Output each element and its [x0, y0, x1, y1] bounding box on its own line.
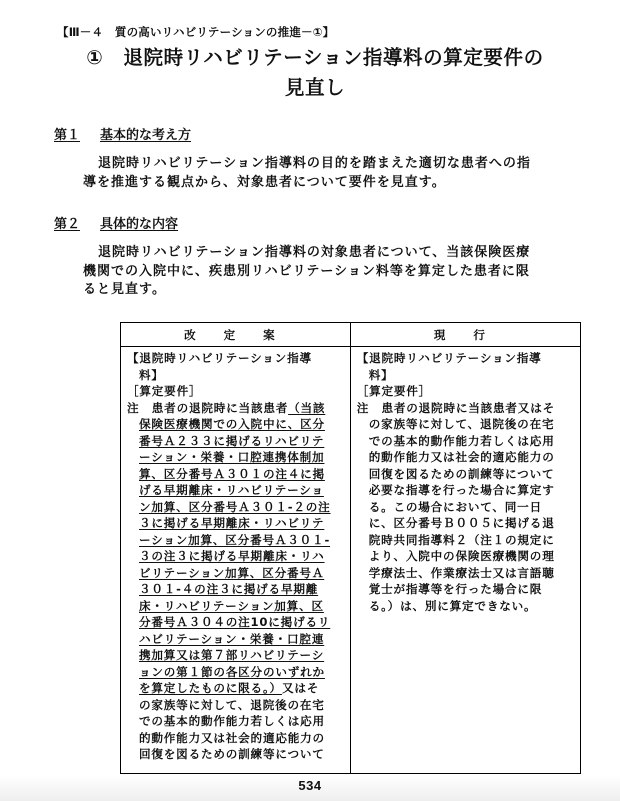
section-2-heading: 第２具体的な内容	[54, 213, 178, 232]
title-line-1: 退院時リハビリテーション指導料の算定要件の	[123, 46, 543, 69]
current-note-line: 的動作能力又は社会的適応能力の	[357, 449, 580, 466]
section-2-number: 第２	[54, 217, 80, 232]
current-note-line: に、区分番号Ｂ００５に掲げる退	[357, 515, 580, 532]
revised-underlined-text: （当該	[288, 401, 325, 415]
revised-underlined-line: げる早期離床・リハビリテーショ	[127, 482, 350, 499]
revised-note-line: 注 患者の退院時に当該患者（当該	[127, 400, 350, 417]
section-tag: 【Ⅲ－４ 質の高いリハビリテーションの推進－①】	[57, 24, 334, 40]
section-1-line: 退院時リハビリテーション指導料の目的を踏まえた適切な患者への指	[83, 155, 583, 174]
revised-underlined-line: ３０１-４の注３に掲げる早期離	[127, 581, 350, 598]
revised-underlined-text: を算定したものに限る。）	[139, 681, 282, 695]
revised-note-line: での基本的動作能力若しくは応用	[127, 713, 350, 730]
section-2-line: 退院時リハビリテーション指導料の対象患者について、当該保険医療	[83, 244, 583, 263]
revised-underlined-line: ３の注３に掲げる早期離床・リハ	[127, 548, 350, 565]
revised-underlined-line: 床・リハビリテーション加算、区	[127, 598, 350, 615]
current-note-line: る。この場合において、同一日	[357, 499, 580, 516]
revised-note-text: 又はそ	[282, 681, 319, 695]
current-cell: 【退院時リハビリテーション指導 料】 ［算定要件］ 注 患者の退院時に当該患者又…	[350, 347, 580, 774]
revised-requirements-label: ［算定要件］	[127, 383, 350, 400]
current-title: 【退院時リハビリテーション指導	[357, 350, 580, 367]
current-note-line: の家族等に対して、退院後の在宅	[357, 416, 580, 433]
revised-note-text: 注 患者の退院時に当該患者	[127, 401, 288, 415]
revised-underlined-line: 携加算又は第７部リハビリテーシ	[127, 647, 350, 664]
title-line-2: 見直し	[55, 73, 575, 103]
current-note-line: る。）は、別に算定できない。	[357, 598, 580, 615]
revised-note-line: の家族等に対して、退院後の在宅	[127, 697, 350, 714]
section-2-line: 機関での入院中に、疾患別リハビリテーション料等を算定した患者に限	[83, 263, 583, 282]
revised-note-line: 回復を図るための訓練等について	[127, 746, 350, 763]
current-title-cont: 料】	[357, 367, 580, 384]
revised-underlined-line: ３に掲げる早期離床・リハビリテ	[127, 515, 350, 532]
section-2-body: 退院時リハビリテーション指導料の対象患者について、当該保険医療 機関での入院中に…	[83, 244, 583, 300]
current-note-line: 学療法士、作業療法士又は言語聴	[357, 565, 580, 582]
current-note-line: 院時共同指導料２（注１の規定に	[357, 532, 580, 549]
section-1-line: 導を推進する観点から、対象患者について要件を見直す。	[83, 174, 583, 193]
header-current: 現 行	[350, 323, 580, 347]
comparison-table: 改 定 案 現 行 【退院時リハビリテーション指導 料】 ［算定要件］ 注 患者…	[120, 322, 581, 774]
section-1-title: 基本的な考え方	[100, 128, 191, 143]
current-note-line: より、入院中の保険医療機関の理	[357, 548, 580, 565]
header-revised: 改 定 案	[121, 323, 351, 347]
revised-underlined-line: ーション加算、区分番号Ａ３０１-	[127, 532, 350, 549]
revised-underlined-line: ン加算、区分番号Ａ３０１-２の注	[127, 499, 350, 516]
current-note-line: での基本的動作能力若しくは応用	[357, 433, 580, 450]
section-1-body: 退院時リハビリテーション指導料の目的を踏まえた適切な患者への指 導を推進する観点…	[83, 155, 583, 192]
revised-underlined-line: ビリテーション加算、区分番号Ａ	[127, 565, 350, 582]
revised-title: 【退院時リハビリテーション指導	[127, 350, 350, 367]
current-note-line: 回復を図るための訓練等について	[357, 466, 580, 483]
section-2-title: 具体的な内容	[100, 217, 178, 232]
page-title: ①退院時リハビリテーション指導料の算定要件の 見直し	[55, 43, 575, 103]
revised-underlined-line: ハビリテーション・栄養・口腔連	[127, 631, 350, 648]
title-number: ①	[86, 46, 103, 69]
revised-underlined-line: ーション・栄養・口腔連携体制加	[127, 449, 350, 466]
current-note-line: 覚士が指導等を行った場合に限	[357, 581, 580, 598]
section-2-line: ると見直す。	[83, 281, 583, 300]
section-1-number: 第１	[54, 128, 80, 143]
revised-underlined-line: ョンの第１節の各区分のいずれか	[127, 664, 350, 681]
revised-cell: 【退院時リハビリテーション指導 料】 ［算定要件］ 注 患者の退院時に当該患者（…	[121, 347, 351, 774]
current-note-line: 必要な指導を行った場合に算定す	[357, 482, 580, 499]
current-note-line: 注 患者の退院時に当該患者又はそ	[357, 400, 580, 417]
revised-underlined-line: 保険医療機関での入院中に、区分	[127, 416, 350, 433]
revised-underline-end-line: を算定したものに限る。）又はそ	[127, 680, 350, 697]
section-1-heading: 第１基本的な考え方	[54, 124, 191, 143]
revised-underlined-line: 分番号Ａ３０４の注10に掲げるリ	[127, 614, 350, 631]
page-number: 534	[0, 778, 620, 793]
revised-underlined-line: 算、区分番号Ａ３０１の注４に掲	[127, 466, 350, 483]
revised-underlined-line: 番号Ａ２３３に掲げるリハビリテ	[127, 433, 350, 450]
revised-note-line: 的動作能力又は社会的適応能力の	[127, 730, 350, 747]
revised-title-cont: 料】	[127, 367, 350, 384]
current-requirements-label: ［算定要件］	[357, 383, 580, 400]
